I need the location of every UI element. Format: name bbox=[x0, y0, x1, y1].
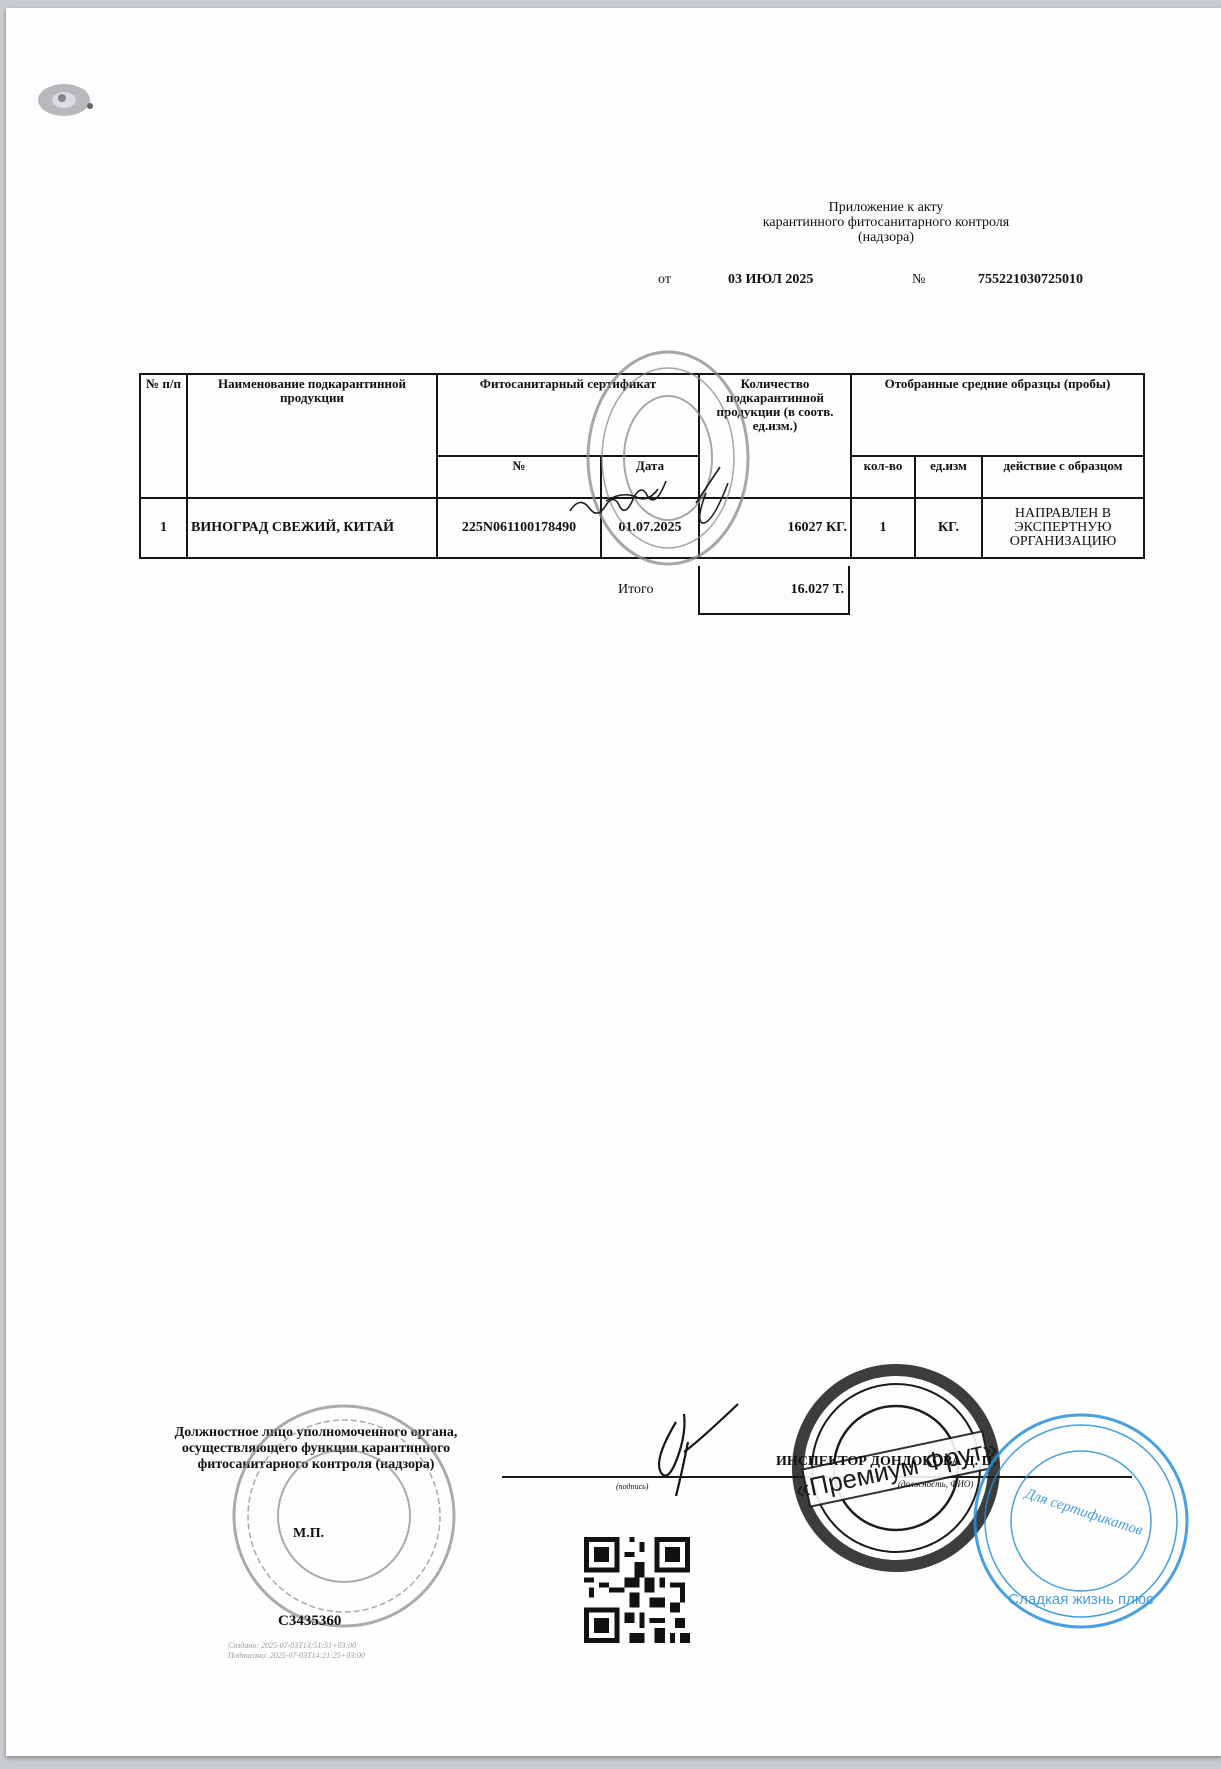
header-sample-unit: ед.изм bbox=[915, 456, 982, 498]
table-header-row: № п/п Наименование подкарантинной продук… bbox=[140, 374, 1144, 456]
header-samples: Отобранные средние образцы (пробы) bbox=[851, 374, 1144, 456]
svg-text:Сладкая жизнь плюс: Сладкая жизнь плюс bbox=[1008, 1591, 1154, 1608]
header-quantity: Количество подкарантинной продукции (в с… bbox=[699, 374, 851, 498]
signature-line bbox=[502, 1476, 1132, 1478]
signature-caption: (подпись) bbox=[616, 1482, 648, 1491]
cell-product-name: ВИНОГРАД СВЕЖИЙ, КИТАЙ bbox=[187, 498, 437, 558]
total-value-box: 16.027 Т. bbox=[698, 566, 850, 615]
qr-code-icon[interactable] bbox=[584, 1536, 690, 1644]
cell-quantity: 16027 КГ. bbox=[699, 498, 851, 558]
header-product-name: Наименование подкарантинной продукции bbox=[187, 374, 437, 498]
cell-sample-unit: КГ. bbox=[915, 498, 982, 558]
position-caption: (должность, ФИО) bbox=[898, 1479, 973, 1489]
cell-certificate-date: 01.07.2025 bbox=[601, 498, 699, 558]
signature-icon bbox=[646, 1402, 746, 1498]
header-line-2: карантинного фитосанитарного контроля bbox=[706, 215, 1066, 230]
header-line-3: (надзора) bbox=[706, 230, 1066, 245]
header-line-1: Приложение к акту bbox=[706, 200, 1066, 215]
position-name: ИНСПЕКТОР ДОНДОКОВА Д. Ц. bbox=[776, 1454, 996, 1470]
faint-metadata-signed: Подписано: 2025-07-03T14:21:25+03:00 bbox=[228, 1651, 365, 1661]
header-sample-quantity: кол-во bbox=[851, 456, 915, 498]
faint-metadata: Создано: 2025-07-03T13:51:51+03:00 Подпи… bbox=[228, 1641, 365, 1661]
total-label: Итого bbox=[618, 582, 653, 598]
table-row: 1 ВИНОГРАД СВЕЖИЙ, КИТАЙ 225N06110017849… bbox=[140, 498, 1144, 558]
scan-artifact-icon bbox=[24, 72, 108, 132]
reference-date: 03 ИЮЛ 2025 bbox=[728, 272, 813, 288]
company-seal-blue-icon: Для сертификатов Сладкая жизнь плюс bbox=[968, 1408, 1194, 1634]
header-no: № п/п bbox=[140, 374, 187, 498]
cell-sample-action: НАПРАВЛЕН В ЭКСПЕРТНУЮ ОРГАНИЗАЦИЮ bbox=[982, 498, 1144, 558]
cell-certificate-number: 225N061100178490 bbox=[437, 498, 601, 558]
appendix-header: Приложение к акту карантинного фитосанит… bbox=[706, 200, 1066, 245]
cell-sample-quantity: 1 bbox=[851, 498, 915, 558]
reference-number: 755221030725010 bbox=[978, 272, 1083, 288]
header-certificate-date: Дата bbox=[601, 456, 699, 498]
reference-number-label: № bbox=[912, 272, 925, 288]
total-value: 16.027 Т. bbox=[700, 566, 848, 598]
header-certificate: Фитосанитарный сертификат bbox=[437, 374, 699, 456]
products-table: № п/п Наименование подкарантинной продук… bbox=[139, 373, 1145, 559]
official-label: Должностное лицо уполномоченного органа,… bbox=[156, 1425, 476, 1473]
cell-no: 1 bbox=[140, 498, 187, 558]
serial-number: С3435360 bbox=[278, 1613, 341, 1630]
svg-text:Для сертификатов: Для сертификатов bbox=[1021, 1485, 1145, 1539]
faint-metadata-created: Создано: 2025-07-03T13:51:51+03:00 bbox=[228, 1641, 365, 1651]
document-page: Приложение к акту карантинного фитосанит… bbox=[6, 8, 1221, 1756]
reference-from-label: от bbox=[658, 272, 671, 288]
header-sample-action: действие с образцом bbox=[982, 456, 1144, 498]
seal-label: М.П. bbox=[293, 1526, 324, 1542]
header-certificate-number: № bbox=[437, 456, 601, 498]
